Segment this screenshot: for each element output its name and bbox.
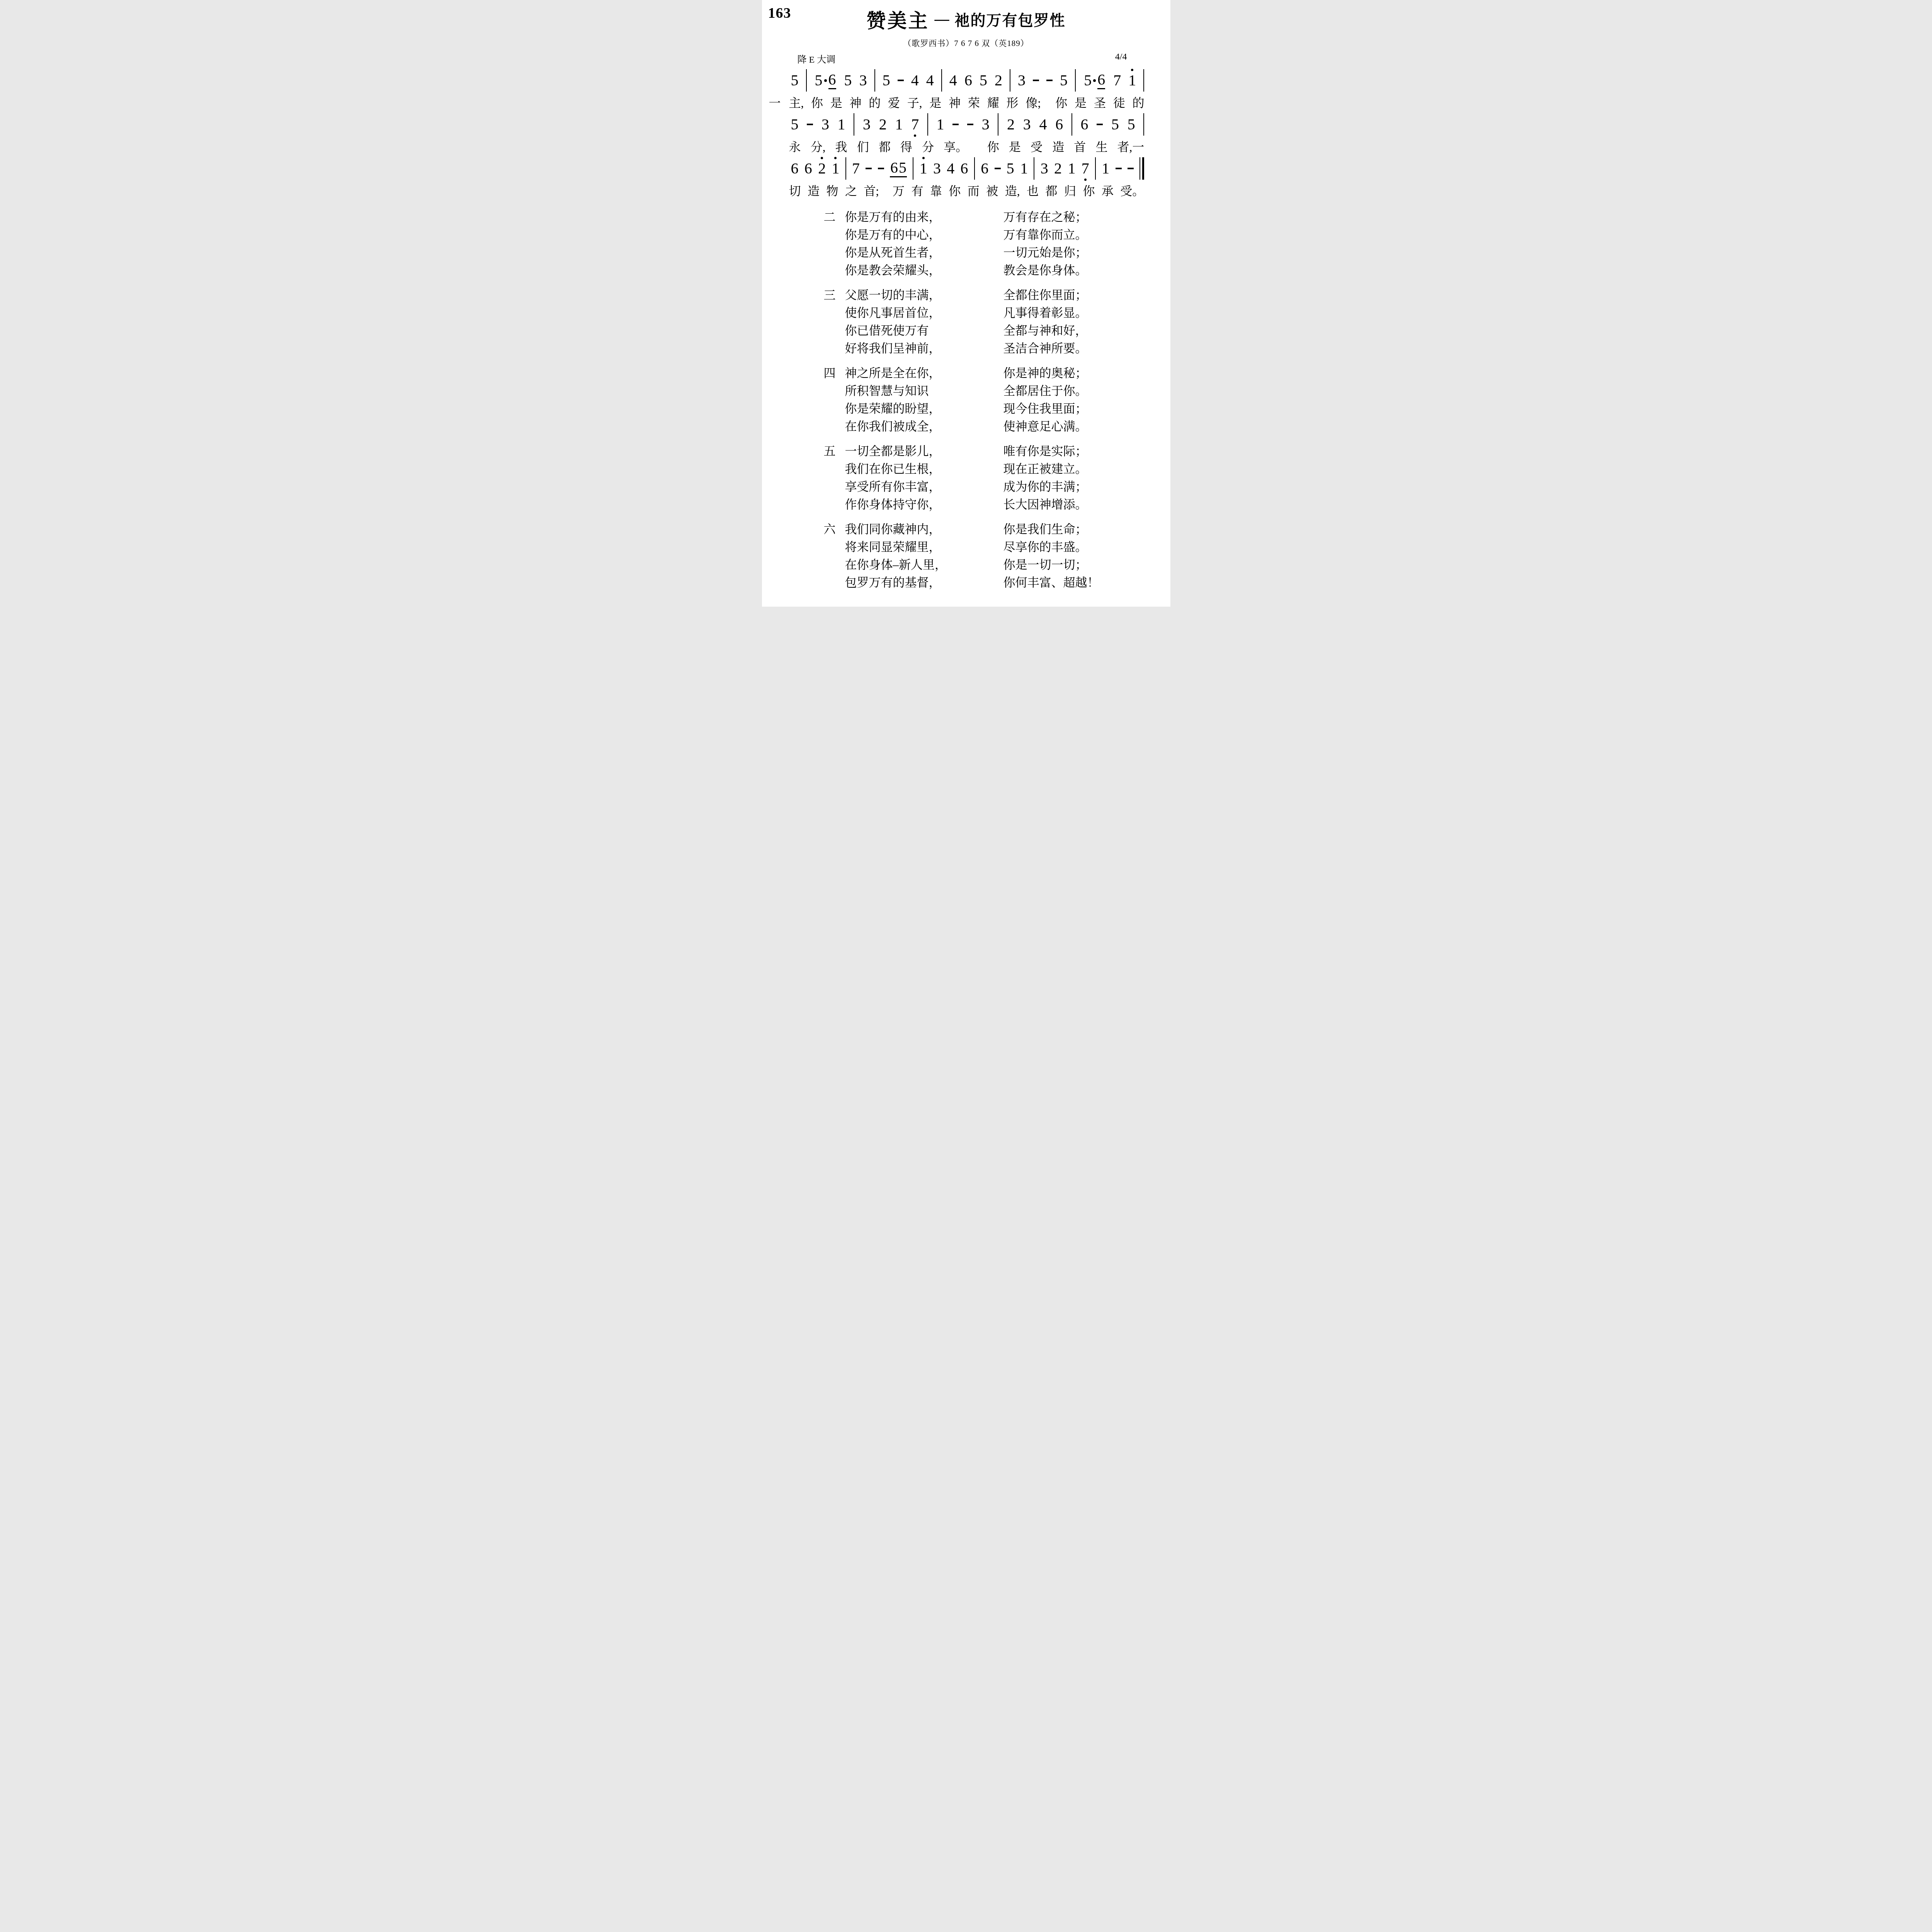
note: 2 [1054,161,1062,176]
verse-line: 在你身体–新人里，你是一切一切； [824,556,1170,574]
note: 4 [911,73,919,88]
verse-line: 三父愿一切的丰满，全都住你里面； [824,286,1170,304]
barline [1143,113,1144,136]
verse-text-right: 唯有你是实际； [1003,442,1170,460]
duration-dash [1033,80,1039,81]
verse-number: 五 [824,442,845,460]
verse-line: 在你我们被成全，使神意足心满。 [824,418,1170,435]
note: 7 [911,117,919,132]
verse-number [824,382,845,400]
verse-text-right: 全都居住于你。 [1003,382,1170,400]
barline [1075,69,1076,92]
note-group: 56 [1083,72,1106,89]
note: 3 [859,73,867,88]
lyric-syllable: 而 [968,181,980,199]
verse-number: 六 [824,520,845,538]
lyric-syllable: 们 [857,137,869,155]
verse-text-right: 成为你的丰满； [1003,478,1170,496]
lyric-syllable: 的 [869,93,881,111]
verse-text-right: 你是我们生命； [1003,520,1170,538]
barline [941,69,942,92]
key-signature: 降 E 大调 [798,52,836,65]
verse-text-right: 现今住我里面； [1003,400,1170,418]
verse-number [824,244,845,262]
note: 6 [961,161,968,176]
verse-text-left: 在你我们被成全， [845,418,1003,435]
lyric-syllable: 首; [864,181,879,199]
verse-number [824,478,845,496]
duration-dash [898,80,904,81]
verse: 四神之所是全在你，你是神的奥秘；所积智慧与知识全都居住于你。你是荣耀的盼望，现今… [824,364,1170,435]
note: 6 [804,161,812,176]
verse-text-left: 你是教会荣耀头， [845,262,1003,279]
note: 1 [920,161,927,176]
note: 4 [949,73,957,88]
lyric-syllable: 归 [1064,181,1076,199]
note: 5 [1111,117,1119,132]
lyric-syllable: 徒 [1113,93,1125,111]
lyric-syllable: 神 [850,93,862,111]
lyric-syllable: 形 [1006,93,1018,111]
lyric-syllable: 荣 [968,93,980,111]
note: 1 [1102,161,1109,176]
note: 5 [791,73,799,88]
key-time-row: 降 E 大调 4/4 [762,52,1170,65]
note: 1 [1020,161,1028,176]
note: 1 [937,117,944,132]
verse-line: 好将我们呈神前，圣洁合神所要。 [824,340,1170,357]
verse-line: 享受所有你丰富，成为你的丰满； [824,478,1170,496]
time-signature: 4/4 [1115,52,1127,65]
note: 3 [1041,161,1048,176]
duration-dash [967,124,973,125]
verse-number [824,538,845,556]
lyric-syllable: 者,一 [1117,137,1145,155]
lyric-syllable: 受 [1031,137,1043,155]
lyric-syllable: 靠 [930,181,942,199]
note: 4 [926,73,934,88]
note: 6 [1097,72,1105,89]
verse-text-left: 将来同显荣耀里， [845,538,1003,556]
verse-text-right: 你是一切一切； [1003,556,1170,574]
verse-number [824,400,845,418]
lyric-syllable: 你 [1083,181,1095,199]
hymn-title: 赞美主 — 祂的万有包罗性 [762,0,1170,33]
lyric-syllable: 你 [949,181,961,199]
note: 2 [1007,117,1015,132]
barline [1010,69,1010,92]
note: 2 [818,161,826,176]
lyric-syllable: 受。 [1120,181,1144,199]
lyric-syllable: 我 [835,137,847,155]
lyric-syllable: 耀 [987,93,999,111]
verse-number: 二 [824,208,845,226]
verse-text-right: 尽享你的丰盛。 [1003,538,1170,556]
lyric-syllable: 你 [1055,93,1067,111]
verse-number [824,574,845,592]
page-number: 163 [768,5,791,22]
verse-text-left: 父愿一切的丰满， [845,286,1003,304]
verse-line: 六我们同你藏神内，你是我们生命； [824,520,1170,538]
lyric-syllable: 也 [1027,181,1039,199]
verse-text-left: 神之所是全在你， [845,364,1003,382]
note: 5 [980,73,987,88]
verse-text-left: 你是荣耀的盼望， [845,400,1003,418]
verse-line: 使你凡事居首位，凡事得着彰显。 [824,304,1170,322]
duration-dash [1128,168,1134,169]
lyric-syllable: 爱 [888,93,900,111]
barline [1095,157,1096,180]
title-dash: — [934,11,949,28]
note: 3 [821,117,829,132]
lyric-syllable: 神 [949,93,961,111]
hymn-title-main: 赞美主 [866,5,929,33]
verse-number [824,304,845,322]
note: 6 [890,160,898,175]
lyric-syllable: 切 [789,181,801,199]
lyric-syllable: 都 [879,137,891,155]
hymn-page: 163 赞美主 — 祂的万有包罗性 （歌罗西书）7 6 7 6 双（英189） … [762,0,1170,607]
lyric-syllable: 生 [1095,137,1107,155]
duration-dash [952,124,959,125]
note: 4 [1039,117,1047,132]
note: 5 [1084,73,1092,88]
note: 3 [1018,73,1026,88]
dotted-note-dot [1093,79,1096,82]
note: 5 [844,73,852,88]
barline [913,157,913,180]
verse-line: 你是万有的中心，万有靠你而立。 [824,226,1170,244]
lyric-syllable: 是 [830,93,842,111]
barline [845,157,846,180]
verse-line: 二你是万有的由来，万有存在之秘； [824,208,1170,226]
note: 5 [791,117,799,132]
note: 1 [838,117,845,132]
verse-text-left: 你是万有的由来， [845,208,1003,226]
verse-number [824,418,845,435]
verse-text-right: 你是神的奥秘； [1003,364,1170,382]
verse-number [824,496,845,514]
final-barline [1139,157,1144,180]
lyric-syllable: 分 [922,137,934,155]
verse-number [824,322,845,340]
lyric-syllable: 圣 [1094,93,1106,111]
barline [1143,69,1144,92]
note: 6 [1081,117,1088,132]
note: 6 [1055,117,1063,132]
verse-text-right: 教会是你身体。 [1003,262,1170,279]
hymn-title-sub: 祂的万有包罗性 [954,9,1065,30]
verse: 二你是万有的由来，万有存在之秘；你是万有的中心，万有靠你而立。你是从死首生者，一… [824,208,1170,279]
note: 7 [1113,73,1121,88]
verse-number [824,226,845,244]
verse-line: 包罗万有的基督，你何丰富、超越！ [824,574,1170,592]
note: 6 [964,73,972,88]
verse-text-right: 万有存在之秘； [1003,208,1170,226]
verse-line: 作你身体持守你，长大因神增添。 [824,496,1170,514]
verse-text-right: 万有靠你而立。 [1003,226,1170,244]
verse-number [824,460,845,478]
lyric-syllable: 享。 [944,137,968,155]
note: 3 [1023,117,1031,132]
music-line-3: 6621765134665132171 [791,156,1145,180]
note: 3 [933,161,941,176]
note: 5 [1060,73,1068,88]
lyric-syllable: 是 [1009,137,1021,155]
verse-number [824,262,845,279]
verse-text-right: 全都与神和好， [1003,322,1170,340]
verse-number: 四 [824,364,845,382]
music-line-2: 5313217132346655 [791,112,1145,136]
verse-text-left: 包罗万有的基督， [845,574,1003,592]
verse-text-left: 好将我们呈神前， [845,340,1003,357]
dotted-note-dot [824,79,827,82]
lyric-syllable: 承 [1102,181,1114,199]
verse-text-left: 作你身体持守你， [845,496,1003,514]
note: 6 [981,161,988,176]
verse-number-marker: 一 [769,93,781,111]
lyric-syllable: 子, [907,93,922,111]
lyric-syllable: 永 [789,137,801,155]
verse-number [824,556,845,574]
verse-text-right: 长大因神增添。 [1003,496,1170,514]
barline [927,113,928,136]
note-group: 56 [814,72,837,89]
barline [1034,157,1034,180]
barline [1071,113,1072,136]
duration-dash [995,168,1001,169]
note: 1 [895,117,903,132]
scripture-meter-reference: （歌罗西书）7 6 7 6 双（英189） [762,37,1170,49]
verse-text-right: 圣洁合神所要。 [1003,340,1170,357]
note: 1 [832,161,839,176]
verse-line: 我们在你已生根，现在正被建立。 [824,460,1170,478]
note: 3 [982,117,990,132]
verse-text-right: 使神意足心满。 [1003,418,1170,435]
lyric-syllable: 万 [893,181,905,199]
lyric-syllable: 有 [911,181,923,199]
verse-number: 三 [824,286,845,304]
lyric-syllable: 造, [1005,181,1020,199]
barline [998,113,998,136]
verse-line: 四神之所是全在你，你是神的奥秘； [824,364,1170,382]
beamed-notes: 65 [890,160,907,177]
note: 1 [1068,161,1075,176]
verse: 三父愿一切的丰满，全都住你里面；使你凡事居首位，凡事得着彰显。你已借死使万有全都… [824,286,1170,357]
duration-dash [1097,124,1103,125]
verse-text-left: 在你身体–新人里， [845,556,1003,574]
note: 5 [1007,161,1014,176]
lyric-syllable: 像; [1026,93,1041,111]
verses-section: 二你是万有的由来，万有存在之秘；你是万有的中心，万有靠你而立。你是从死首生者，一… [824,208,1170,592]
verse-text-right: 你何丰富、超越！ [1003,574,1170,592]
verse-text-left: 我们同你藏神内， [845,520,1003,538]
duration-dash [807,124,813,125]
verse-line: 五一切全都是影儿，唯有你是实际； [824,442,1170,460]
verse-line: 将来同显荣耀里，尽享你的丰盛。 [824,538,1170,556]
verse-text-right: 现在正被建立。 [1003,460,1170,478]
note: 5 [1128,117,1135,132]
music-line-1: 556535444652355671 [791,68,1145,92]
lyric-syllable: 都 [1045,181,1057,199]
lyric-line-3: 切造物之首;万有靠你而被造,也都归你承受。 [789,181,1145,197]
lyric-syllable: 造 [1052,137,1064,155]
note: 4 [947,161,954,176]
lyric-line-2: 永分,我们都得分享。你是受造首生者,一 [789,137,1145,153]
lyric-syllable: 的 [1132,93,1144,111]
note: 7 [852,161,860,176]
barline [974,157,975,180]
note: 6 [791,161,799,176]
verse-text-left: 你是万有的中心， [845,226,1003,244]
note: 5 [899,160,906,175]
verse-number [824,340,845,357]
verse-text-left: 所积智慧与知识 [845,382,1003,400]
verse-line: 你是教会荣耀头，教会是你身体。 [824,262,1170,279]
duration-dash [878,168,884,169]
verse-text-right: 全都住你里面； [1003,286,1170,304]
barline [806,69,807,92]
verse-text-right: 一切元始是你； [1003,244,1170,262]
lyric-syllable: 分, [811,137,826,155]
barline [874,69,875,92]
duration-dash [866,168,872,169]
verse-text-left: 一切全都是影儿， [845,442,1003,460]
verse-text-right: 凡事得着彰显。 [1003,304,1170,322]
note: 2 [995,73,1002,88]
lyric-syllable: 被 [986,181,998,199]
verse-line: 你已借死使万有全都与神和好， [824,322,1170,340]
duration-dash [1046,80,1053,81]
lyric-syllable: 首 [1074,137,1086,155]
verse-line: 你是荣耀的盼望，现今住我里面； [824,400,1170,418]
note: 3 [863,117,871,132]
lyric-syllable: 得 [900,137,912,155]
note: 5 [815,73,823,88]
verse-text-left: 享受所有你丰富， [845,478,1003,496]
verse-text-left: 你是从死首生者， [845,244,1003,262]
verse: 六我们同你藏神内，你是我们生命；将来同显荣耀里，尽享你的丰盛。在你身体–新人里，… [824,520,1170,592]
barline [854,113,854,136]
note: 2 [879,117,887,132]
note: 7 [1082,161,1089,176]
lyric-line-1: 一主,你是神的爱子,是神荣耀形像;你是圣徒的 [789,93,1145,109]
note: 6 [828,72,836,89]
duration-dash [1116,168,1122,169]
note: 5 [883,73,890,88]
lyric-syllable: 你 [811,93,823,111]
lyric-syllable: 是 [929,93,941,111]
lyric-syllable: 物 [826,181,838,199]
verse-text-left: 你已借死使万有 [845,322,1003,340]
lyric-syllable: 造 [808,181,820,199]
lyric-syllable: 之 [845,181,857,199]
lyric-syllable: 是 [1075,93,1087,111]
verse-line: 所积智慧与知识全都居住于你。 [824,382,1170,400]
verse-line: 你是从死首生者，一切元始是你； [824,244,1170,262]
verse: 五一切全都是影儿，唯有你是实际；我们在你已生根，现在正被建立。享受所有你丰富，成… [824,442,1170,514]
verse-text-left: 我们在你已生根， [845,460,1003,478]
lyric-syllable: 你 [987,137,999,155]
note: 1 [1128,73,1136,88]
lyric-syllable: 主, [789,93,804,111]
verse-text-left: 使你凡事居首位， [845,304,1003,322]
